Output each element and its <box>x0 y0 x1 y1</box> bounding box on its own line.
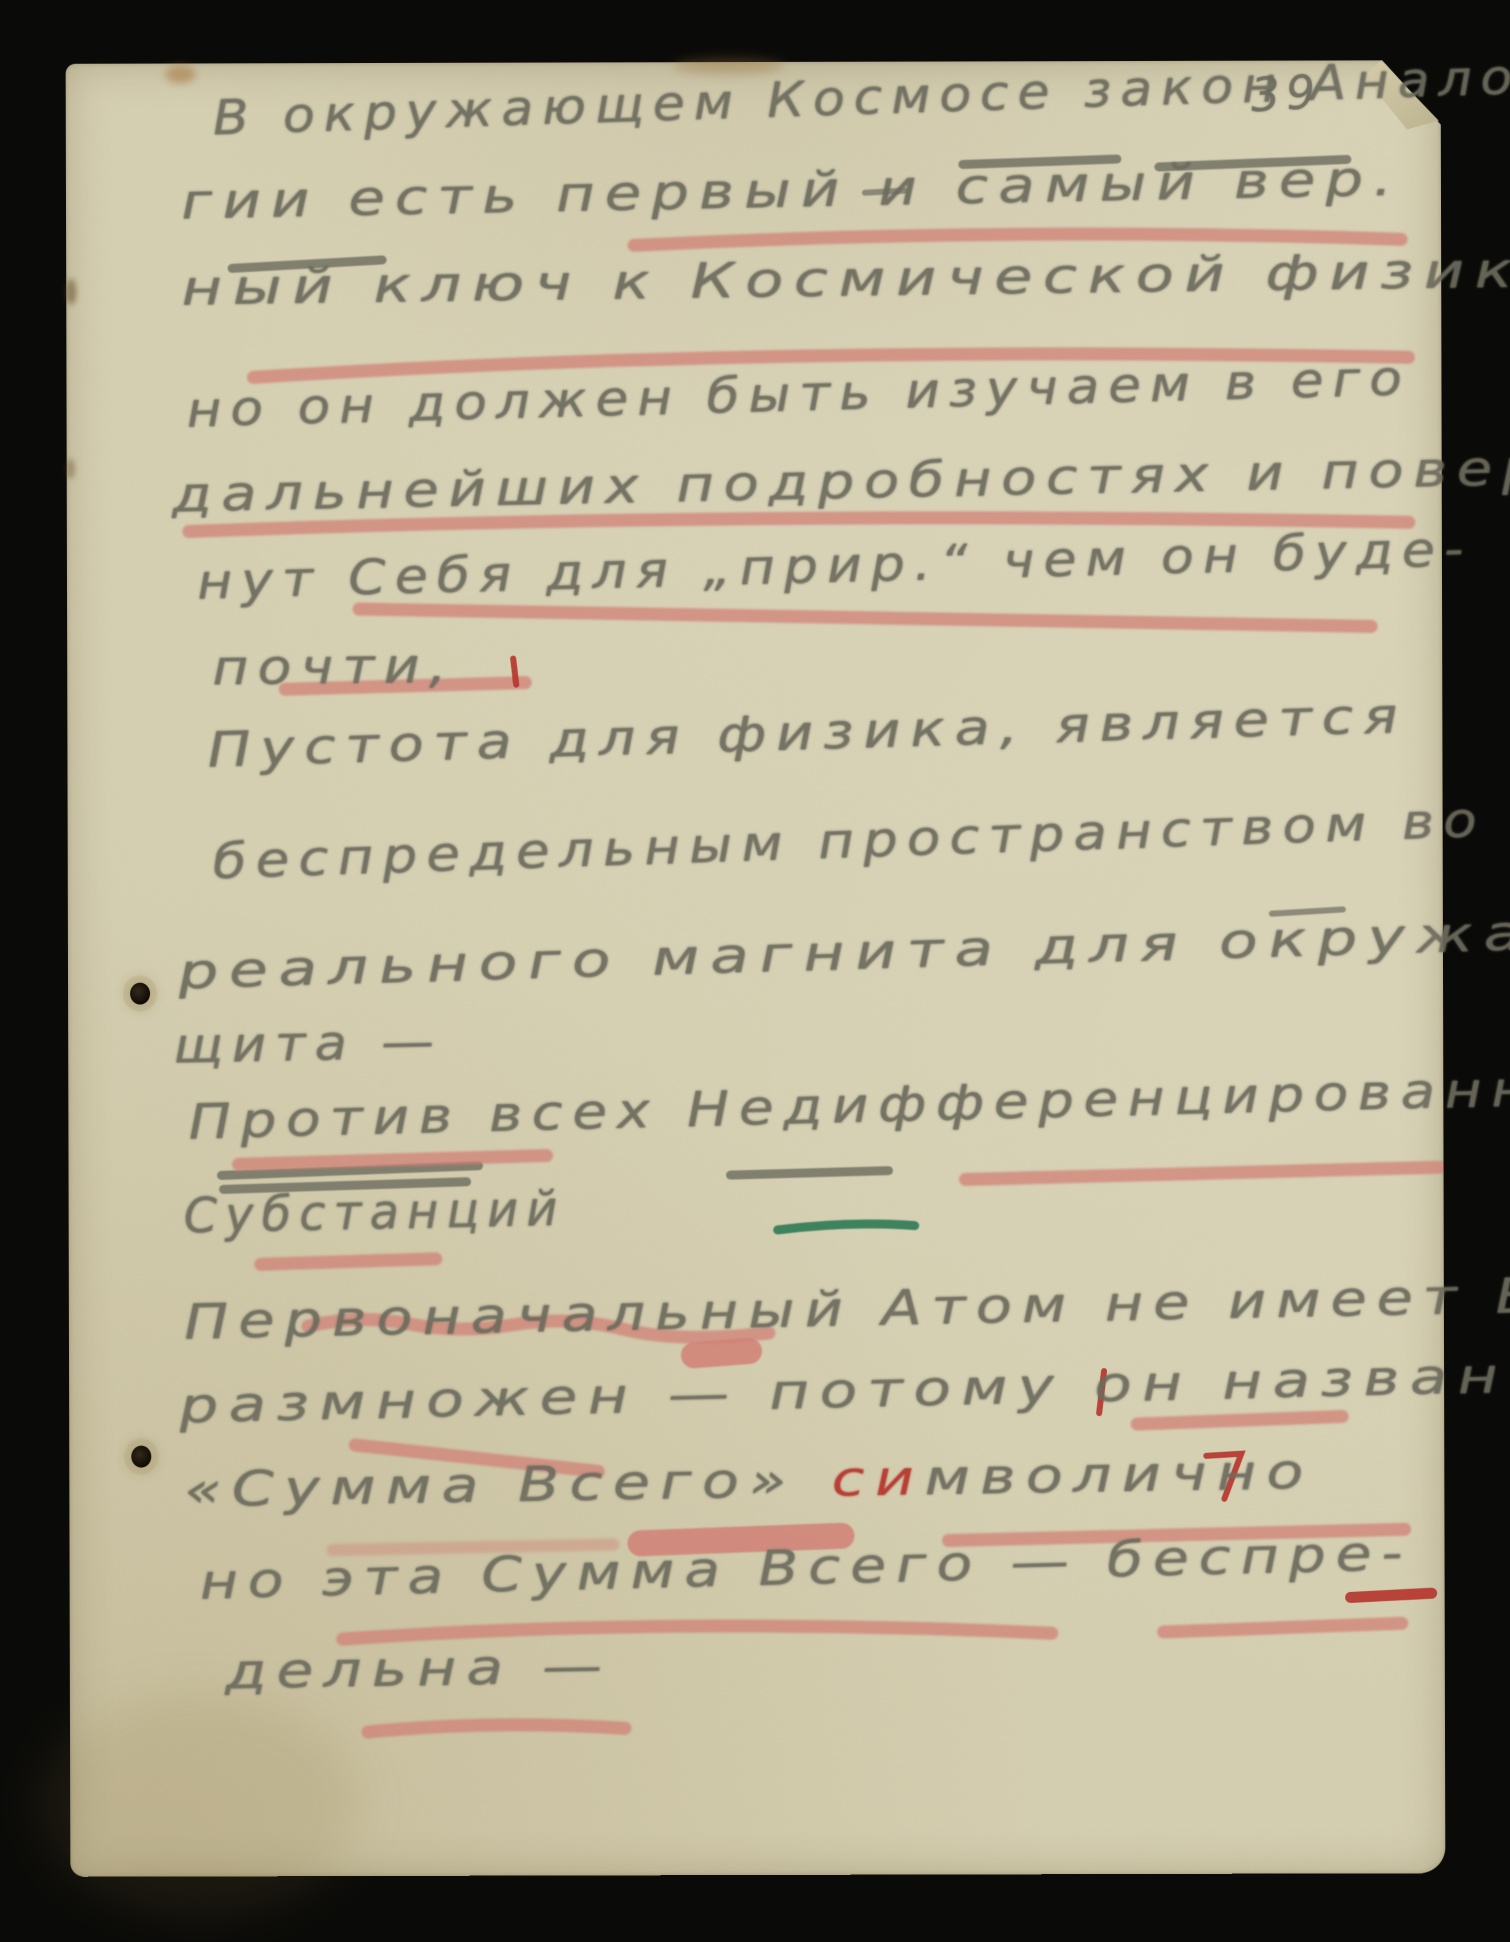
handwriting-line-9: беспредельным пространством во <box>212 793 1487 890</box>
handwriting-line-4: но он должен быть изучаем в его <box>186 351 1412 438</box>
handwriting-line-7: почти, <box>212 639 456 697</box>
red-ink-syllable: си <box>831 1450 925 1508</box>
green-underline-line13 <box>778 1224 915 1230</box>
handwriting-line-17: но эта Сумма Всего — беспре- <box>199 1526 1413 1610</box>
pencil-word-rest: мволично <box>924 1444 1314 1506</box>
red-underline-line17-right <box>1164 1623 1402 1632</box>
handwriting-line-14: Первоначальный Атом не имеет Вид <box>183 1267 1510 1351</box>
handwriting-line-8: Пустота для физика, является <box>206 689 1408 779</box>
handwriting-line-2: гии есть первый и самый вер. <box>180 152 1402 231</box>
manuscript-page: 39 В окру <box>66 60 1446 1877</box>
handwriting-line-16: «Сумма Всего»символично <box>184 1445 1314 1519</box>
red-underline-line13 <box>261 1259 436 1264</box>
top-edge-stain <box>674 58 784 74</box>
red-tick-line7 <box>513 659 516 685</box>
handwriting-line-13: Субстанций <box>183 1182 566 1245</box>
red-blob-line14 <box>694 1351 749 1355</box>
red-dash-line17-end <box>1351 1593 1432 1597</box>
red-underline-line17-left <box>343 1625 1052 1639</box>
handwriting-line-12: Против всех Недифференцированных <box>187 1060 1510 1151</box>
grey-dash-line12-center <box>731 1171 889 1175</box>
red-underline-line12-right <box>966 1167 1441 1179</box>
red-underline-line12-left <box>238 1156 546 1165</box>
quoted-title: «Сумма Всего» <box>184 1452 797 1518</box>
corner-rust-stain <box>166 65 196 83</box>
grey-double-underline-line12-a <box>222 1166 479 1176</box>
handwriting-line-5: дальнейших подробностях и повер- <box>171 440 1510 523</box>
left-edge-spot <box>66 279 76 305</box>
punch-hole-upper <box>130 983 150 1005</box>
red-underline-line15 <box>1137 1416 1342 1424</box>
red-underline-line2 <box>634 233 1401 245</box>
red-underline-line6 <box>359 606 1371 629</box>
red-underline-line18 <box>368 1724 625 1732</box>
handwriting-line-18: дельна — <box>224 1639 612 1701</box>
handwriting-line-10: реального магнита для окружа <box>177 906 1510 1001</box>
punch-hole-lower <box>131 1446 151 1468</box>
handwriting-line-6: нут Себя для „прир.“ чем он буде- <box>196 522 1473 610</box>
handwriting-line-1: В окружающем Космосе закон Анало — <box>212 48 1510 147</box>
handwriting-line-15: размножен — потому он назван <box>178 1349 1509 1435</box>
handwriting-line-3: ный ключ к Космической физике <box>181 243 1510 317</box>
left-edge-spot <box>67 459 75 479</box>
bottom-left-toning <box>40 1693 361 1914</box>
handwriting-line-11: щита — <box>173 1015 444 1075</box>
archival-scan: { "page": { "number": "39", "kind": "han… <box>0 0 1510 1942</box>
